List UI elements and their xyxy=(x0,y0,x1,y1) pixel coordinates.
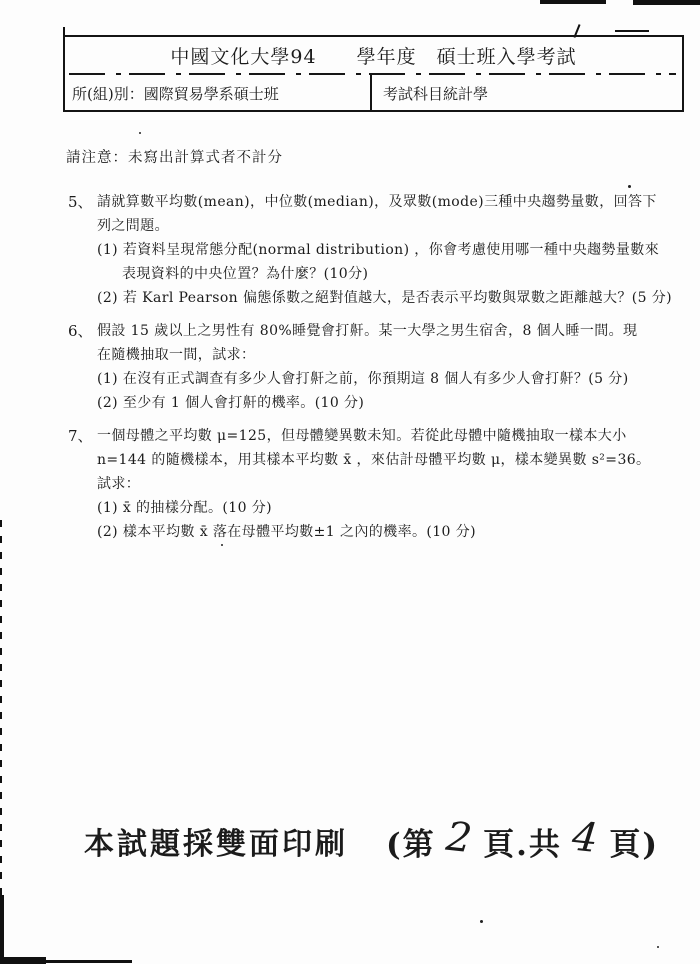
scan-speck xyxy=(480,920,483,923)
question-number: 5、 xyxy=(68,190,93,214)
question-subitem: (2) 樣本平均數 x̄ 落在母體平均數±1 之內的機率。(10 分) xyxy=(97,520,688,544)
question-line: n=144 的隨機樣本，用其樣本平均數 x̄ ，來估計母體平均數 μ，樣本變異數… xyxy=(97,448,688,472)
question-line: 請就算數平均數(mean)，中位數(median)，及眾數(mode)三種中央趨… xyxy=(97,190,688,214)
question-line: 在隨機抽取一間，試求： xyxy=(97,343,688,367)
page-info-mid: 頁.共 xyxy=(483,819,562,864)
exam-title: 中國文化大學94 學年度 碩士班入學考試 xyxy=(65,37,682,73)
handwritten-page-number: 2 xyxy=(444,814,476,863)
question-line: 假設 15 歲以上之男性有 80%睡覺會打鼾。某一大學之男生宿舍，8 個人睡一間… xyxy=(97,319,688,343)
question-5: 5、 請就算數平均數(mean)，中位數(median)，及眾數(mode)三種… xyxy=(68,190,688,310)
question-subitem: (2) 至少有 1 個人會打鼾的機率。(10 分) xyxy=(97,391,688,415)
question-list: 5、 請就算數平均數(mean)，中位數(median)，及眾數(mode)三種… xyxy=(68,190,688,553)
scan-speck xyxy=(628,185,631,188)
scan-speck xyxy=(657,946,659,948)
scanned-exam-page: 中國文化大學94 學年度 碩士班入學考試 所(組)別：國際貿易學系碩士班 考試科… xyxy=(0,0,700,964)
scan-artifact-top-streak xyxy=(540,0,606,4)
header-info-row: 所(組)別：國際貿易學系碩士班 考試科目統計學 xyxy=(65,75,682,112)
question-line: 試求： xyxy=(97,472,688,496)
department-field: 所(組)別：國際貿易學系碩士班 xyxy=(65,83,370,104)
scan-artifact-bottom-line xyxy=(40,960,132,963)
question-subitem: (1) 在沒有正式調查有多少人會打鼾之前，你預期這 8 個人有多少人會打鼾？(5… xyxy=(97,367,688,391)
page-info-open: (第 xyxy=(386,819,436,864)
page-info: (第 2 頁.共 4 頁) xyxy=(386,818,659,864)
question-subitem-continuation: 表現資料的中央位置？為什麼？(10分) xyxy=(97,262,688,286)
scan-artifact-top-streak xyxy=(633,0,700,5)
question-6: 6、 假設 15 歲以上之男性有 80%睡覺會打鼾。某一大學之男生宿舍，8 個人… xyxy=(68,319,688,415)
subject-field: 考試科目統計學 xyxy=(370,75,682,112)
question-line: 一個母體之平均數 μ=125，但母體變異數未知。若從此母體中隨機抽取一樣本大小 xyxy=(97,424,688,448)
question-subitem: (1) x̄ 的抽樣分配。(10 分) xyxy=(97,496,688,520)
scan-speck xyxy=(139,132,141,134)
question-7: 7、 一個母體之平均數 μ=125，但母體變異數未知。若從此母體中隨機抽取一樣本… xyxy=(68,424,688,544)
question-number: 7、 xyxy=(68,424,93,448)
question-line: 列之問題。 xyxy=(97,214,688,238)
duplex-print-note: 本試題採雙面印刷 xyxy=(84,819,348,863)
page-footer: 本試題採雙面印刷 (第 2 頁.共 4 頁) xyxy=(84,806,664,876)
exam-notice: 請注意：未寫出計算式者不計分 xyxy=(66,146,283,167)
handwritten-total-pages: 4 xyxy=(570,814,602,863)
question-subitem: (1) 若資料呈現常態分配(normal distribution) ，你會考慮… xyxy=(97,238,688,262)
exam-header-box: 中國文化大學94 學年度 碩士班入學考試 所(組)別：國際貿易學系碩士班 考試科… xyxy=(63,35,684,112)
page-info-close: 頁) xyxy=(609,819,659,864)
scan-artifact-dash xyxy=(615,30,649,32)
question-subitem: (2) 若 Karl Pearson 偏態係數之絕對值越大，是否表示平均數與眾數… xyxy=(97,286,688,310)
scan-artifact-left-edge-bar xyxy=(0,895,4,964)
question-number: 6、 xyxy=(68,319,93,343)
